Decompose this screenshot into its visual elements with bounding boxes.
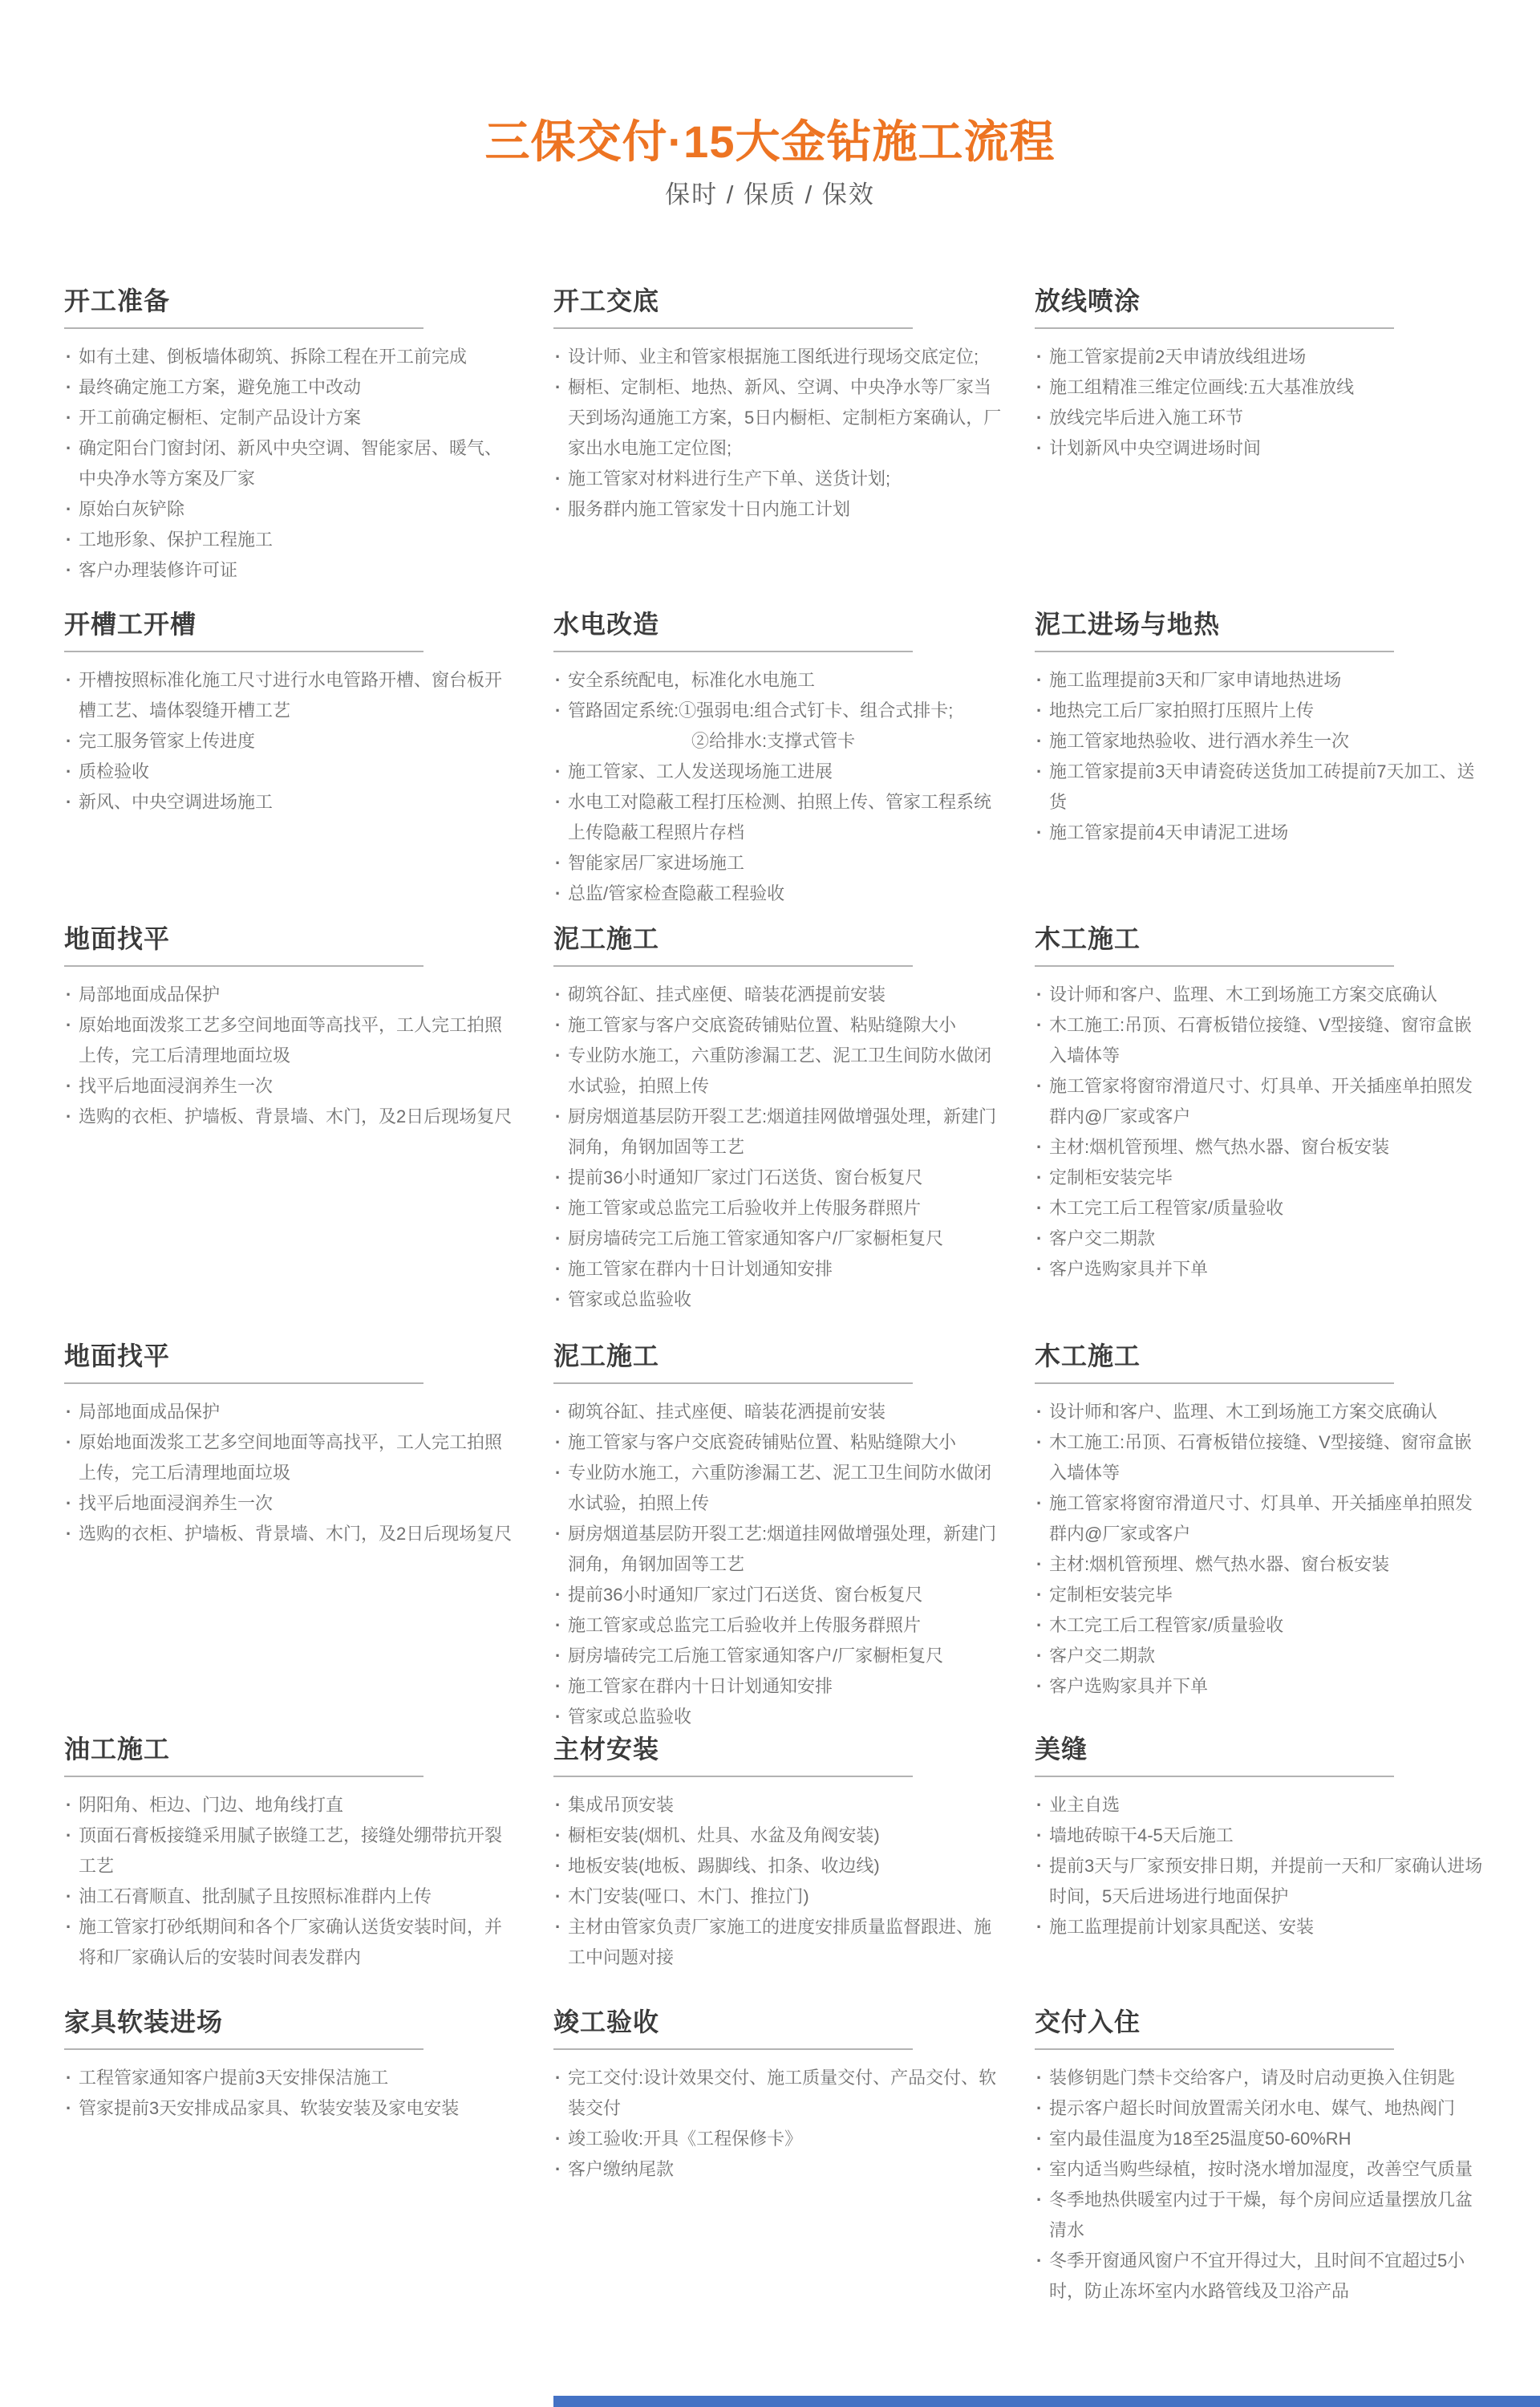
bullet-item: 计划新风中央空调进场时间 xyxy=(1035,433,1484,464)
bullet-item: 管家提前3天安排成品家具、软装安装及家电安装 xyxy=(64,2093,513,2124)
bullet-item: 设计师和客户、监理、木工到场施工方案交底确认 xyxy=(1035,980,1484,1010)
section-divider xyxy=(553,965,913,967)
bullet-item: 找平后地面浸润养生一次 xyxy=(64,1071,513,1102)
process-section: 开工准备如有土建、倒板墙体砌筑、拆除工程在开工前完成最终确定施工方案，避免施工中… xyxy=(64,285,517,586)
process-section: 开工交底设计师、业主和管家根据施工图纸进行现场交底定位;橱柜、定制柜、地热、新风… xyxy=(553,285,1007,525)
section-item-list: 局部地面成品保护原始地面泼浆工艺多空间地面等高找平，工人完工拍照上传，完工后清理… xyxy=(64,980,513,1132)
bullet-item: 施工管家提前3天申请瓷砖送货加工砖提前7天加工、送货 xyxy=(1035,757,1484,818)
bullet-item: 管家或总监验收 xyxy=(553,1285,1003,1315)
process-section: 美缝业主自选墙地砖晾干4-5天后施工提前3天与厂家预安排日期，并提前一天和厂家确… xyxy=(1035,1733,1488,1942)
bullet-item: 砌筑谷缸、挂式座便、暗装花洒提前安装 xyxy=(553,980,1003,1010)
bullet-item: 局部地面成品保护 xyxy=(64,1397,513,1427)
process-section: 竣工验收完工交付:设计效果交付、施工质量交付、产品交付、软装交付竣工验收:开具《… xyxy=(553,2006,1007,2185)
process-row: 开槽工开槽开槽按照标准化施工尺寸进行水电管路开槽、窗台板开槽工艺、墙体裂缝开槽工… xyxy=(64,608,1516,909)
bullet-item: 木工完工后工程管家/质量验收 xyxy=(1035,1193,1484,1224)
bullet-item: 厨房烟道基层防开裂工艺:烟道挂网做增强处理，新建门洞角，角钢加固等工艺 xyxy=(553,1102,1003,1163)
section-item-list: 完工交付:设计效果交付、施工质量交付、产品交付、软装交付竣工验收:开具《工程保修… xyxy=(553,2063,1003,2185)
bullet-item: 服务群内施工管家发十日内施工计划 xyxy=(553,494,1003,525)
section-title: 地面找平 xyxy=(64,923,517,955)
bullet-item: 专业防水施工，六重防渗漏工艺、泥工卫生间防水做闭水试验，拍照上传 xyxy=(553,1458,1003,1519)
bullet-item: 提示客户超长时间放置需关闭水电、媒气、地热阀门 xyxy=(1035,2093,1484,2124)
section-title: 油工施工 xyxy=(64,1733,517,1765)
bullet-item: 阴阳角、柜边、门边、地角线打直 xyxy=(64,1790,513,1820)
bullet-item: 管路固定系统:①强弱电:组合式钉卡、组合式排卡; ②给排水:支撑式管卡 xyxy=(553,696,1003,757)
bullet-item: 施工监理提前计划家具配送、安装 xyxy=(1035,1912,1484,1942)
process-section: 油工施工阴阳角、柜边、门边、地角线打直顶面石膏板接缝采用腻子嵌缝工艺，接缝处绷带… xyxy=(64,1733,517,1973)
process-row: 油工施工阴阳角、柜边、门边、地角线打直顶面石膏板接缝采用腻子嵌缝工艺，接缝处绷带… xyxy=(64,1733,1516,1973)
bullet-item: 安全系统配电，标准化水电施工 xyxy=(553,665,1003,696)
bullet-item: 定制柜安装完毕 xyxy=(1035,1580,1484,1610)
section-divider xyxy=(64,1776,423,1777)
bullet-item: 主材:烟机管预埋、燃气热水器、窗台板安装 xyxy=(1035,1132,1484,1163)
bullet-item: 主材:烟机管预埋、燃气热水器、窗台板安装 xyxy=(1035,1549,1484,1580)
bullet-item: 设计师和客户、监理、木工到场施工方案交底确认 xyxy=(1035,1397,1484,1427)
bullet-item: 选购的衣柜、护墙板、背景墙、木门，及2日后现场复尺 xyxy=(64,1519,513,1549)
section-item-list: 安全系统配电，标准化水电施工管路固定系统:①强弱电:组合式钉卡、组合式排卡; ②… xyxy=(553,665,1003,909)
section-item-list: 砌筑谷缸、挂式座便、暗装花洒提前安装施工管家与客户交底瓷砖铺贴位置、粘贴缝隙大小… xyxy=(553,980,1003,1315)
bullet-item: 竣工验收:开具《工程保修卡》 xyxy=(553,2124,1003,2154)
process-section: 木工施工设计师和客户、监理、木工到场施工方案交底确认木工施工:吊顶、石膏板错位接… xyxy=(1035,1340,1488,1702)
process-section: 开槽工开槽开槽按照标准化施工尺寸进行水电管路开槽、窗台板开槽工艺、墙体裂缝开槽工… xyxy=(64,608,517,818)
bullet-item: 施工组精准三维定位画线:五大基准放线 xyxy=(1035,372,1484,403)
bullet-item: 橱柜安装(烟机、灶具、水盆及角阀安装) xyxy=(553,1820,1003,1851)
footer-accent-bar xyxy=(553,2396,1540,2407)
bullet-item: 专业防水施工，六重防渗漏工艺、泥工卫生间防水做闭水试验，拍照上传 xyxy=(553,1041,1003,1102)
bullet-item: 定制柜安装完毕 xyxy=(1035,1163,1484,1193)
process-section: 地面找平局部地面成品保护原始地面泼浆工艺多空间地面等高找平，工人完工拍照上传，完… xyxy=(64,923,517,1132)
bullet-item: 最终确定施工方案，避免施工中改动 xyxy=(64,372,513,403)
bullet-item: 顶面石膏板接缝采用腻子嵌缝工艺，接缝处绷带抗开裂工艺 xyxy=(64,1820,513,1881)
process-row: 家具软装进场工程管家通知客户提前3天安排保洁施工管家提前3天安排成品家具、软装安… xyxy=(64,2006,1516,2307)
section-item-list: 集成吊顶安装橱柜安装(烟机、灶具、水盆及角阀安装)地板安装(地板、踢脚线、扣条、… xyxy=(553,1790,1003,1973)
bullet-item: 工地形象、保护工程施工 xyxy=(64,525,513,555)
section-title: 开工交底 xyxy=(553,285,1007,317)
section-title: 竣工验收 xyxy=(553,2006,1007,2038)
bullet-item: 智能家居厂家进场施工 xyxy=(553,848,1003,879)
bullet-item: 总监/管家检查隐蔽工程验收 xyxy=(553,879,1003,909)
section-divider xyxy=(64,2048,423,2050)
bullet-item: 冬季开窗通风窗户不宜开得过大，且时间不宜超过5小时，防止冻坏室内水路管线及卫浴产… xyxy=(1035,2246,1484,2307)
bullet-item: 原始白灰铲除 xyxy=(64,494,513,525)
bullet-item: 客户选购家具并下单 xyxy=(1035,1254,1484,1285)
bullet-item: 墙地砖晾干4-5天后施工 xyxy=(1035,1820,1484,1851)
section-divider xyxy=(1035,1382,1394,1384)
bullet-item: 施工管家、工人发送现场施工进展 xyxy=(553,757,1003,787)
bullet-item: 提前36小时通知厂家过门石送货、窗台板复尺 xyxy=(553,1163,1003,1193)
bullet-item: 施工管家与客户交底瓷砖铺贴位置、粘贴缝隙大小 xyxy=(553,1427,1003,1458)
bullet-item: 厨房烟道基层防开裂工艺:烟道挂网做增强处理，新建门洞角，角钢加固等工艺 xyxy=(553,1519,1003,1580)
process-section: 木工施工设计师和客户、监理、木工到场施工方案交底确认木工施工:吊顶、石膏板错位接… xyxy=(1035,923,1488,1285)
bullet-item: 业主自选 xyxy=(1035,1790,1484,1820)
bullet-item: 厨房墙砖完工后施工管家通知客户/厂家橱柜复尺 xyxy=(553,1641,1003,1671)
section-title: 地面找平 xyxy=(64,1340,517,1372)
section-item-list: 设计师、业主和管家根据施工图纸进行现场交底定位;橱柜、定制柜、地热、新风、空调、… xyxy=(553,342,1003,525)
bullet-item: 如有土建、倒板墙体砌筑、拆除工程在开工前完成 xyxy=(64,342,513,372)
section-title: 开工准备 xyxy=(64,285,517,317)
bullet-item: 新风、中央空调进场施工 xyxy=(64,787,513,818)
bullet-item: 地热完工后厂家拍照打压照片上传 xyxy=(1035,696,1484,726)
bullet-item: 水电工对隐蔽工程打压检测、拍照上传、管家工程系统上传隐蔽工程照片存档 xyxy=(553,787,1003,848)
section-divider xyxy=(553,1776,913,1777)
bullet-item: 施工管家将窗帘滑道尺寸、灯具单、开关插座单拍照发群内@厂家或客户 xyxy=(1035,1488,1484,1549)
bullet-item: 砌筑谷缸、挂式座便、暗装花洒提前安装 xyxy=(553,1397,1003,1427)
process-section: 泥工施工砌筑谷缸、挂式座便、暗装花洒提前安装施工管家与客户交底瓷砖铺贴位置、粘贴… xyxy=(553,1340,1007,1732)
section-divider xyxy=(64,965,423,967)
bullet-item: 设计师、业主和管家根据施工图纸进行现场交底定位; xyxy=(553,342,1003,372)
bullet-item: 找平后地面浸润养生一次 xyxy=(64,1488,513,1519)
section-item-list: 设计师和客户、监理、木工到场施工方案交底确认木工施工:吊顶、石膏板错位接缝、V型… xyxy=(1035,980,1484,1285)
process-section: 水电改造安全系统配电，标准化水电施工管路固定系统:①强弱电:组合式钉卡、组合式排… xyxy=(553,608,1007,909)
bullet-item: 完工服务管家上传进度 xyxy=(64,726,513,757)
bullet-item: 工程管家通知客户提前3天安排保洁施工 xyxy=(64,2063,513,2093)
bullet-item: 主材由管家负责厂家施工的进度安排质量监督跟进、施工中问题对接 xyxy=(553,1912,1003,1973)
bullet-item: 客户缴纳尾款 xyxy=(553,2154,1003,2185)
bullet-item: 冬季地热供暖室内过于干燥，每个房间应适量摆放几盆清水 xyxy=(1035,2185,1484,2246)
process-section: 家具软装进场工程管家通知客户提前3天安排保洁施工管家提前3天安排成品家具、软装安… xyxy=(64,2006,517,2124)
section-title: 放线喷涂 xyxy=(1035,285,1488,317)
page-title: 三保交付·15大金钻施工流程 xyxy=(0,116,1540,168)
section-divider xyxy=(1035,1776,1394,1777)
bullet-item: 厨房墙砖完工后施工管家通知客户/厂家橱柜复尺 xyxy=(553,1224,1003,1254)
bullet-item: 放线完毕后进入施工环节 xyxy=(1035,403,1484,433)
section-item-list: 如有土建、倒板墙体砌筑、拆除工程在开工前完成最终确定施工方案，避免施工中改动开工… xyxy=(64,342,513,586)
bullet-item: 施工管家提前4天申请泥工进场 xyxy=(1035,818,1484,848)
bullet-item: 施工管家地热验收、进行酒水养生一次 xyxy=(1035,726,1484,757)
bullet-item: 集成吊顶安装 xyxy=(553,1790,1003,1820)
process-section: 放线喷涂施工管家提前2天申请放线组进场施工组精准三维定位画线:五大基准放线放线完… xyxy=(1035,285,1488,464)
section-item-list: 装修钥匙门禁卡交给客户，请及时启动更换入住钥匙提示客户超长时间放置需关闭水电、媒… xyxy=(1035,2063,1484,2307)
section-item-list: 局部地面成品保护原始地面泼浆工艺多空间地面等高找平，工人完工拍照上传，完工后清理… xyxy=(64,1397,513,1549)
bullet-item: 施工管家提前2天申请放线组进场 xyxy=(1035,342,1484,372)
section-title: 泥工施工 xyxy=(553,923,1007,955)
section-title: 交付入住 xyxy=(1035,2006,1488,2038)
bullet-item: 原始地面泼浆工艺多空间地面等高找平，工人完工拍照上传，完工后清理地面垃圾 xyxy=(64,1427,513,1488)
bullet-item: 提前36小时通知厂家过门石送货、窗台板复尺 xyxy=(553,1580,1003,1610)
bullet-item: 施工管家在群内十日计划通知安排 xyxy=(553,1254,1003,1285)
bullet-item: 客户交二期款 xyxy=(1035,1641,1484,1671)
section-item-list: 砌筑谷缸、挂式座便、暗装花洒提前安装施工管家与客户交底瓷砖铺贴位置、粘贴缝隙大小… xyxy=(553,1397,1003,1732)
bullet-item: 地板安装(地板、踢脚线、扣条、收边线) xyxy=(553,1851,1003,1881)
section-divider xyxy=(1035,2048,1394,2050)
process-section: 主材安装集成吊顶安装橱柜安装(烟机、灶具、水盆及角阀安装)地板安装(地板、踢脚线… xyxy=(553,1733,1007,1973)
bullet-item: 局部地面成品保护 xyxy=(64,980,513,1010)
bullet-item: 木工施工:吊顶、石膏板错位接缝、V型接缝、窗帘盒嵌入墙体等 xyxy=(1035,1427,1484,1488)
bullet-item: 质检验收 xyxy=(64,757,513,787)
section-divider xyxy=(64,1382,423,1384)
bullet-item: 客户交二期款 xyxy=(1035,1224,1484,1254)
section-item-list: 施工监理提前3天和厂家申请地热进场地热完工后厂家拍照打压照片上传施工管家地热验收… xyxy=(1035,665,1484,848)
bullet-item: 开槽按照标准化施工尺寸进行水电管路开槽、窗台板开槽工艺、墙体裂缝开槽工艺 xyxy=(64,665,513,726)
bullet-item: 提前3天与厂家预安排日期，并提前一天和厂家确认进场时间，5天后进场进行地面保护 xyxy=(1035,1851,1484,1912)
process-row: 地面找平局部地面成品保护原始地面泼浆工艺多空间地面等高找平，工人完工拍照上传，完… xyxy=(64,923,1516,1315)
process-section: 地面找平局部地面成品保护原始地面泼浆工艺多空间地面等高找平，工人完工拍照上传，完… xyxy=(64,1340,517,1549)
bullet-item: 施工管家打砂纸期间和各个厂家确认送货安装时间，并将和厂家确认后的安装时间表发群内 xyxy=(64,1912,513,1973)
bullet-item: 施工管家或总监完工后验收并上传服务群照片 xyxy=(553,1193,1003,1224)
bullet-item: 施工管家与客户交底瓷砖铺贴位置、粘贴缝隙大小 xyxy=(553,1010,1003,1041)
process-row: 开工准备如有土建、倒板墙体砌筑、拆除工程在开工前完成最终确定施工方案，避免施工中… xyxy=(64,285,1516,586)
section-title: 泥工施工 xyxy=(553,1340,1007,1372)
process-section: 交付入住装修钥匙门禁卡交给客户，请及时启动更换入住钥匙提示客户超长时间放置需关闭… xyxy=(1035,2006,1488,2307)
section-title: 开槽工开槽 xyxy=(64,608,517,640)
bullet-item: 室内最佳温度为18至25温度50-60%RH xyxy=(1035,2124,1484,2154)
section-item-list: 设计师和客户、监理、木工到场施工方案交底确认木工施工:吊顶、石膏板错位接缝、V型… xyxy=(1035,1397,1484,1702)
section-title: 家具软装进场 xyxy=(64,2006,517,2038)
section-title: 木工施工 xyxy=(1035,923,1488,955)
section-item-list: 阴阳角、柜边、门边、地角线打直顶面石膏板接缝采用腻子嵌缝工艺，接缝处绷带抗开裂工… xyxy=(64,1790,513,1973)
poster-header: 三保交付·15大金钻施工流程 保时 / 保质 / 保效 xyxy=(0,116,1540,211)
bullet-item: 原始地面泼浆工艺多空间地面等高找平，工人完工拍照上传，完工后清理地面垃圾 xyxy=(64,1010,513,1071)
section-divider xyxy=(553,327,913,329)
section-title: 主材安装 xyxy=(553,1733,1007,1765)
bullet-item: 确定阳台门窗封闭、新风中央空调、智能家居、暖气、中央净水等方案及厂家 xyxy=(64,433,513,494)
bullet-item: 管家或总监验收 xyxy=(553,1702,1003,1732)
section-item-list: 业主自选墙地砖晾干4-5天后施工提前3天与厂家预安排日期，并提前一天和厂家确认进… xyxy=(1035,1790,1484,1942)
process-row: 地面找平局部地面成品保护原始地面泼浆工艺多空间地面等高找平，工人完工拍照上传，完… xyxy=(64,1340,1516,1732)
section-divider xyxy=(64,651,423,652)
bullet-item: 装修钥匙门禁卡交给客户，请及时启动更换入住钥匙 xyxy=(1035,2063,1484,2093)
section-divider xyxy=(64,327,423,329)
bullet-item: 客户选购家具并下单 xyxy=(1035,1671,1484,1702)
section-title: 木工施工 xyxy=(1035,1340,1488,1372)
bullet-item: 施工管家将窗帘滑道尺寸、灯具单、开关插座单拍照发群内@厂家或客户 xyxy=(1035,1071,1484,1132)
bullet-item: 完工交付:设计效果交付、施工质量交付、产品交付、软装交付 xyxy=(553,2063,1003,2124)
bullet-item: 油工石膏顺直、批刮腻子且按照标准群内上传 xyxy=(64,1881,513,1912)
section-divider xyxy=(1035,327,1394,329)
bullet-item: 开工前确定橱柜、定制产品设计方案 xyxy=(64,403,513,433)
process-poster: 三保交付·15大金钻施工流程 保时 / 保质 / 保效 开工准备如有土建、倒板墙… xyxy=(0,0,1540,2407)
section-item-list: 开槽按照标准化施工尺寸进行水电管路开槽、窗台板开槽工艺、墙体裂缝开槽工艺完工服务… xyxy=(64,665,513,818)
section-title: 水电改造 xyxy=(553,608,1007,640)
process-section: 泥工施工砌筑谷缸、挂式座便、暗装花洒提前安装施工管家与客户交底瓷砖铺贴位置、粘贴… xyxy=(553,923,1007,1315)
bullet-item: 施工管家在群内十日计划通知安排 xyxy=(553,1671,1003,1702)
section-title: 美缝 xyxy=(1035,1733,1488,1765)
bullet-item: 木工完工后工程管家/质量验收 xyxy=(1035,1610,1484,1641)
bullet-item: 室内适当购些绿植，按时浇水增加湿度，改善空气质量 xyxy=(1035,2154,1484,2185)
section-item-list: 施工管家提前2天申请放线组进场施工组精准三维定位画线:五大基准放线放线完毕后进入… xyxy=(1035,342,1484,464)
section-title: 泥工进场与地热 xyxy=(1035,608,1488,640)
section-divider xyxy=(553,2048,913,2050)
process-section: 泥工进场与地热施工监理提前3天和厂家申请地热进场地热完工后厂家拍照打压照片上传施… xyxy=(1035,608,1488,848)
bullet-item: 木门安装(哑口、木门、推拉门) xyxy=(553,1881,1003,1912)
bullet-item: 施工管家对材料进行生产下单、送货计划; xyxy=(553,464,1003,494)
bullet-item: 选购的衣柜、护墙板、背景墙、木门，及2日后现场复尺 xyxy=(64,1102,513,1132)
bullet-item: 施工监理提前3天和厂家申请地热进场 xyxy=(1035,665,1484,696)
bullet-item: 施工管家或总监完工后验收并上传服务群照片 xyxy=(553,1610,1003,1641)
bullet-item: 橱柜、定制柜、地热、新风、空调、中央净水等厂家当天到场沟通施工方案，5日内橱柜、… xyxy=(553,372,1003,464)
section-divider xyxy=(553,1382,913,1384)
page-subtitle: 保时 / 保质 / 保效 xyxy=(0,179,1540,211)
section-divider xyxy=(1035,965,1394,967)
bullet-item: 客户办理装修许可证 xyxy=(64,555,513,586)
bullet-item: 木工施工:吊顶、石膏板错位接缝、V型接缝、窗帘盒嵌入墙体等 xyxy=(1035,1010,1484,1071)
section-divider xyxy=(1035,651,1394,652)
section-divider xyxy=(553,651,913,652)
section-item-list: 工程管家通知客户提前3天安排保洁施工管家提前3天安排成品家具、软装安装及家电安装 xyxy=(64,2063,513,2124)
